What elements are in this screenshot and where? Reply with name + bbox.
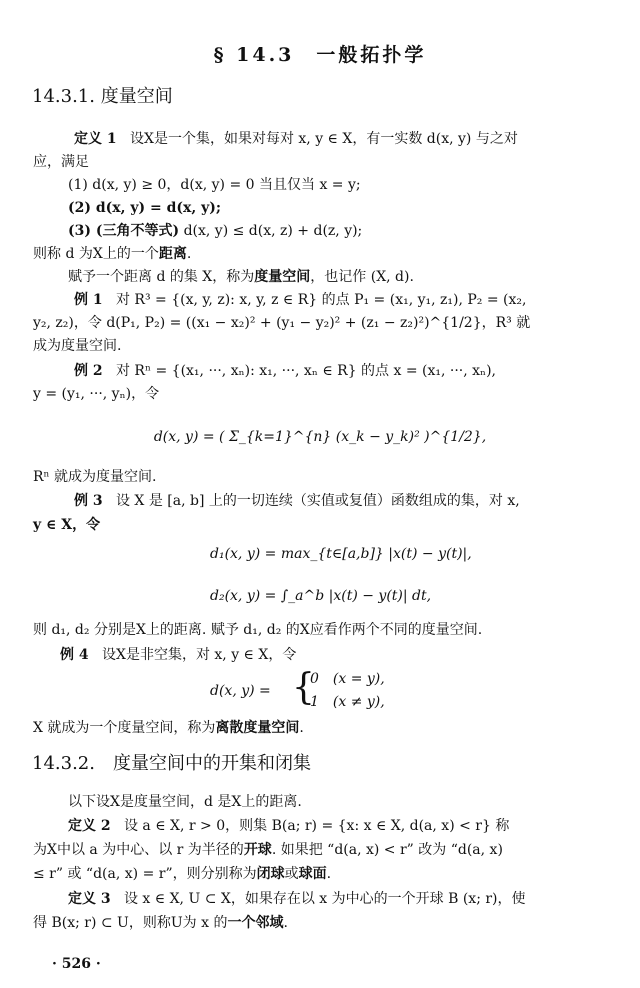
ex3-line2: y ∈ X，令 (33, 516, 100, 534)
def1-conclusion-prefix: 则称 d 为X上的一个 (33, 246, 159, 262)
ex4-case2: 1 (x ≠ y), (310, 693, 385, 711)
def3-neighborhood-term: 一个邻域 (227, 915, 283, 931)
ex1-text: 对 R³ = {(x, y, z): x, y, z ∈ R} 的点 P₁ = … (116, 292, 526, 308)
metric-space-def: 赋予一个距离 d 的集 X，称为度量空间，也记作 (X, d). (68, 268, 414, 286)
def1-cond2: (2) d(x, y) = d(x, y); (68, 199, 221, 217)
subsection-heading-2: 14.3.2. 度量空间中的开集和闭集 (32, 755, 311, 773)
ex2-line1: 例 2 对 Rⁿ = {(x₁, ···, xₙ): x₁, ···, xₙ ∈… (74, 362, 496, 380)
def2-line2-suffix: . 如果把 “d(a, x) < r” 改为 “d(a, x) (272, 842, 503, 858)
def3-line2-prefix: 得 B(x; r) ⊂ U，则称U为 x 的 (33, 915, 227, 931)
ex3-text: 设 X 是 [a, b] 上的一切连续（实值或复值）函数组成的集，对 x, (116, 493, 520, 509)
def2-line1: 定义 2 设 a ∈ X, r > 0，则集 B(a; r) = {x: x ∈… (68, 817, 509, 835)
def2-line2-prefix: 为X中以 a 为中心、以 r 为半径的 (33, 842, 244, 858)
ex2-formula: d(x, y) = ( Σ_{k=1}^{n} (x_k − y_k)² )^{… (0, 428, 640, 446)
def2-label: 定义 2 (68, 818, 111, 834)
def3-text: 设 x ∈ X, U ⊂ X，如果存在以 x 为中心的一个开球 B (x; r)… (124, 891, 526, 907)
def3-label: 定义 3 (68, 891, 111, 907)
ex3-line1: 例 3 设 X 是 [a, b] 上的一切连续（实值或复值）函数组成的集，对 x… (74, 492, 520, 510)
ex4-label: 例 4 (60, 647, 89, 663)
subsection-heading-1: 14.3.1. 度量空间 (32, 88, 173, 106)
def2-open-ball-term: 开球 (244, 842, 272, 858)
ex4-text: 设X是非空集，对 x, y ∈ X，令 (102, 647, 296, 663)
def1-line1: 定义 1 设X是一个集，如果对每对 x, y ∈ X，有一实数 d(x, y) … (74, 130, 518, 148)
ex1-line2: y₂, z₂)，令 d(P₁, P₂) = ((x₁ − x₂)² + (y₁ … (33, 314, 530, 332)
def3-line2: 得 B(x; r) ⊂ U，则称U为 x 的一个邻域. (33, 914, 288, 932)
ex2-label: 例 2 (74, 363, 103, 379)
def1-line2: 应，满足 (33, 153, 89, 171)
ex2-text: 对 Rⁿ = {(x₁, ···, xₙ): x₁, ···, xₙ ∈ R} … (116, 363, 496, 379)
ex4-conclusion-term: 离散度量空间 (215, 720, 299, 736)
ex4-conclusion-prefix: X 就成为一个度量空间，称为 (33, 720, 215, 736)
def1-cond3-formula: d(x, y) ≤ d(x, z) + d(z, y); (184, 223, 363, 239)
metric-space-suffix: ，也记作 (X, d). (310, 269, 414, 285)
def1-conclusion-suffix: . (187, 246, 191, 262)
def2-sphere-term: 球面 (299, 866, 327, 882)
def1-label: 定义 1 (74, 131, 117, 147)
def1-cond1: (1) d(x, y) ≥ 0，d(x, y) = 0 当且仅当 x = y; (68, 176, 361, 194)
def3-line1: 定义 3 设 x ∈ X, U ⊂ X，如果存在以 x 为中心的一个开球 B (… (68, 890, 526, 908)
ex3-line3: 则 d₁, d₂ 分别是X上的距离. 赋予 d₁, d₂ 的X应看作两个不同的度… (33, 621, 482, 639)
def2-line3: ≤ r” 或 “d(a, x) = r”，则分别称为闭球或球面. (33, 865, 331, 883)
ex4-formula-lhs: d(x, y) = (210, 682, 271, 700)
ex2-line2: y = (y₁, ···, yₙ)，令 (33, 385, 159, 403)
ex3-formula1: d₁(x, y) = max_{t∈[a,b]} |x(t) − y(t)|, (210, 545, 472, 563)
def2-line3-mid: 或 (285, 866, 299, 882)
def2-line3-suffix: . (327, 866, 331, 882)
def1-text: 设X是一个集，如果对每对 x, y ∈ X，有一实数 d(x, y) 与之对 (130, 131, 518, 147)
def2-line3-prefix: ≤ r” 或 “d(a, x) = r”，则分别称为 (33, 866, 257, 882)
ex4-conclusion-suffix: . (299, 720, 303, 736)
intro2: 以下设X是度量空间，d 是X上的距离. (68, 793, 302, 811)
ex3-formula2: d₂(x, y) = ∫_a^b |x(t) − y(t)| dt, (210, 587, 431, 605)
ex3-label: 例 3 (74, 493, 103, 509)
ex1-line3: 成为度量空间. (33, 337, 121, 355)
section-title: § 14.3 一般拓扑学 (0, 46, 640, 64)
def1-conclusion-term: 距离 (159, 246, 187, 262)
def1-cond3-label: (3) (三角不等式) (68, 223, 179, 239)
ex4-conclusion: X 就成为一个度量空间，称为离散度量空间. (33, 719, 304, 737)
def1-conclusion: 则称 d 为X上的一个距离. (33, 245, 191, 263)
ex4-case1: 0 (x = y), (310, 670, 385, 688)
metric-space-prefix: 赋予一个距离 d 的集 X，称为 (68, 269, 254, 285)
def3-line2-suffix: . (283, 915, 287, 931)
def2-text: 设 a ∈ X, r > 0，则集 B(a; r) = {x: x ∈ X, d… (124, 818, 509, 834)
ex2-line3: Rⁿ 就成为度量空间. (33, 468, 157, 486)
ex4-line1: 例 4 设X是非空集，对 x, y ∈ X，令 (60, 646, 296, 664)
ex1-line1: 例 1 对 R³ = {(x, y, z): x, y, z ∈ R} 的点 P… (74, 291, 526, 309)
def2-closed-ball-term: 闭球 (257, 866, 285, 882)
ex1-label: 例 1 (74, 292, 103, 308)
def2-line2: 为X中以 a 为中心、以 r 为半径的开球. 如果把 “d(a, x) < r”… (33, 841, 503, 859)
def1-cond3: (3) (三角不等式) d(x, y) ≤ d(x, z) + d(z, y); (68, 222, 362, 240)
page-number: · 526 · (52, 955, 101, 973)
metric-space-term: 度量空间 (254, 269, 310, 285)
